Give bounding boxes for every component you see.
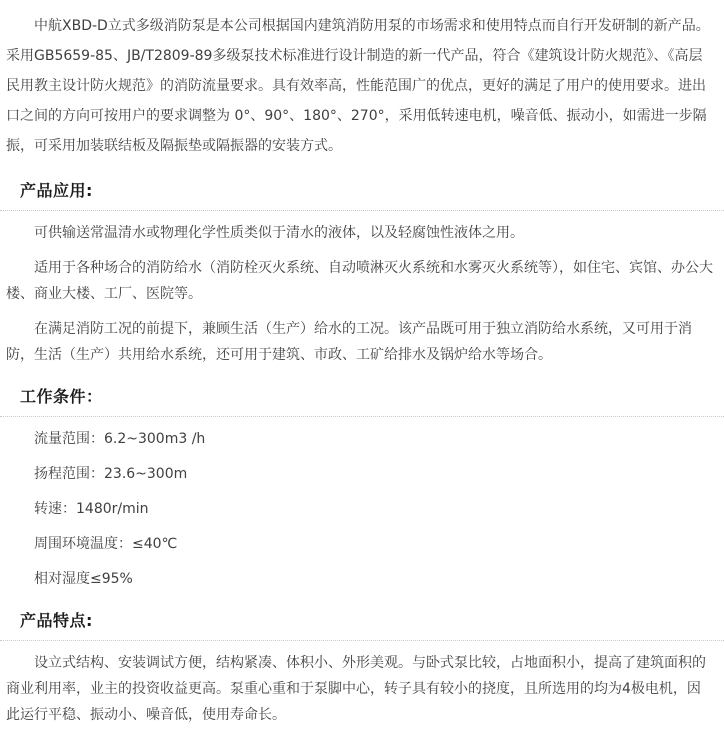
spec-flow-range: 流量范围：6.2~300m3 /h [6, 426, 714, 452]
application-paragraph-1: 可供输送常温清水或物理化学性质类似于清水的液体，以及轻腐蚀性液体之用。 [6, 220, 714, 246]
spec-relative-humidity: 相对湿度≤95% [6, 566, 714, 592]
spec-rotation-speed: 转速：1480r/min [6, 496, 714, 522]
application-paragraph-2: 适用于各种场合的消防给水（消防栓灭火系统、自动喷淋灭火系统和水雾灭火系统等），如… [6, 255, 714, 307]
product-description-page: 中航XBD-D立式多级消防泵是本公司根据国内建筑消防用泵的市场需求和使用特点而自… [0, 0, 724, 737]
spec-head-range: 扬程范围：23.6~300m [6, 461, 714, 487]
features-paragraph-1: 设立式结构、安装调试方便，结构紧凑、体积小、外形美观。与卧式泵比较，占地面积小，… [6, 650, 714, 728]
application-paragraph-3: 在满足消防工况的前提下，兼顾生活（生产）给水的工况。该产品既可用于独立消防给水系… [6, 316, 714, 368]
section-product-application: 产品应用: 可供输送常温清水或物理化学性质类似于清水的液体，以及轻腐蚀性液体之用… [0, 171, 724, 368]
section-heading-working-conditions: 工作条件： [0, 377, 724, 417]
section-heading-product-application: 产品应用: [0, 171, 724, 211]
section-working-conditions: 工作条件： 流量范围：6.2~300m3 /h 扬程范围：23.6~300m 转… [0, 377, 724, 592]
spec-ambient-temperature: 周围环境温度：≤40℃ [6, 531, 714, 557]
section-product-features: 产品特点: 设立式结构、安装调试方便，结构紧凑、体积小、外形美观。与卧式泵比较，… [0, 601, 724, 728]
section-heading-product-features: 产品特点: [0, 601, 724, 641]
intro-paragraph: 中航XBD-D立式多级消防泵是本公司根据国内建筑消防用泵的市场需求和使用特点而自… [6, 11, 714, 161]
